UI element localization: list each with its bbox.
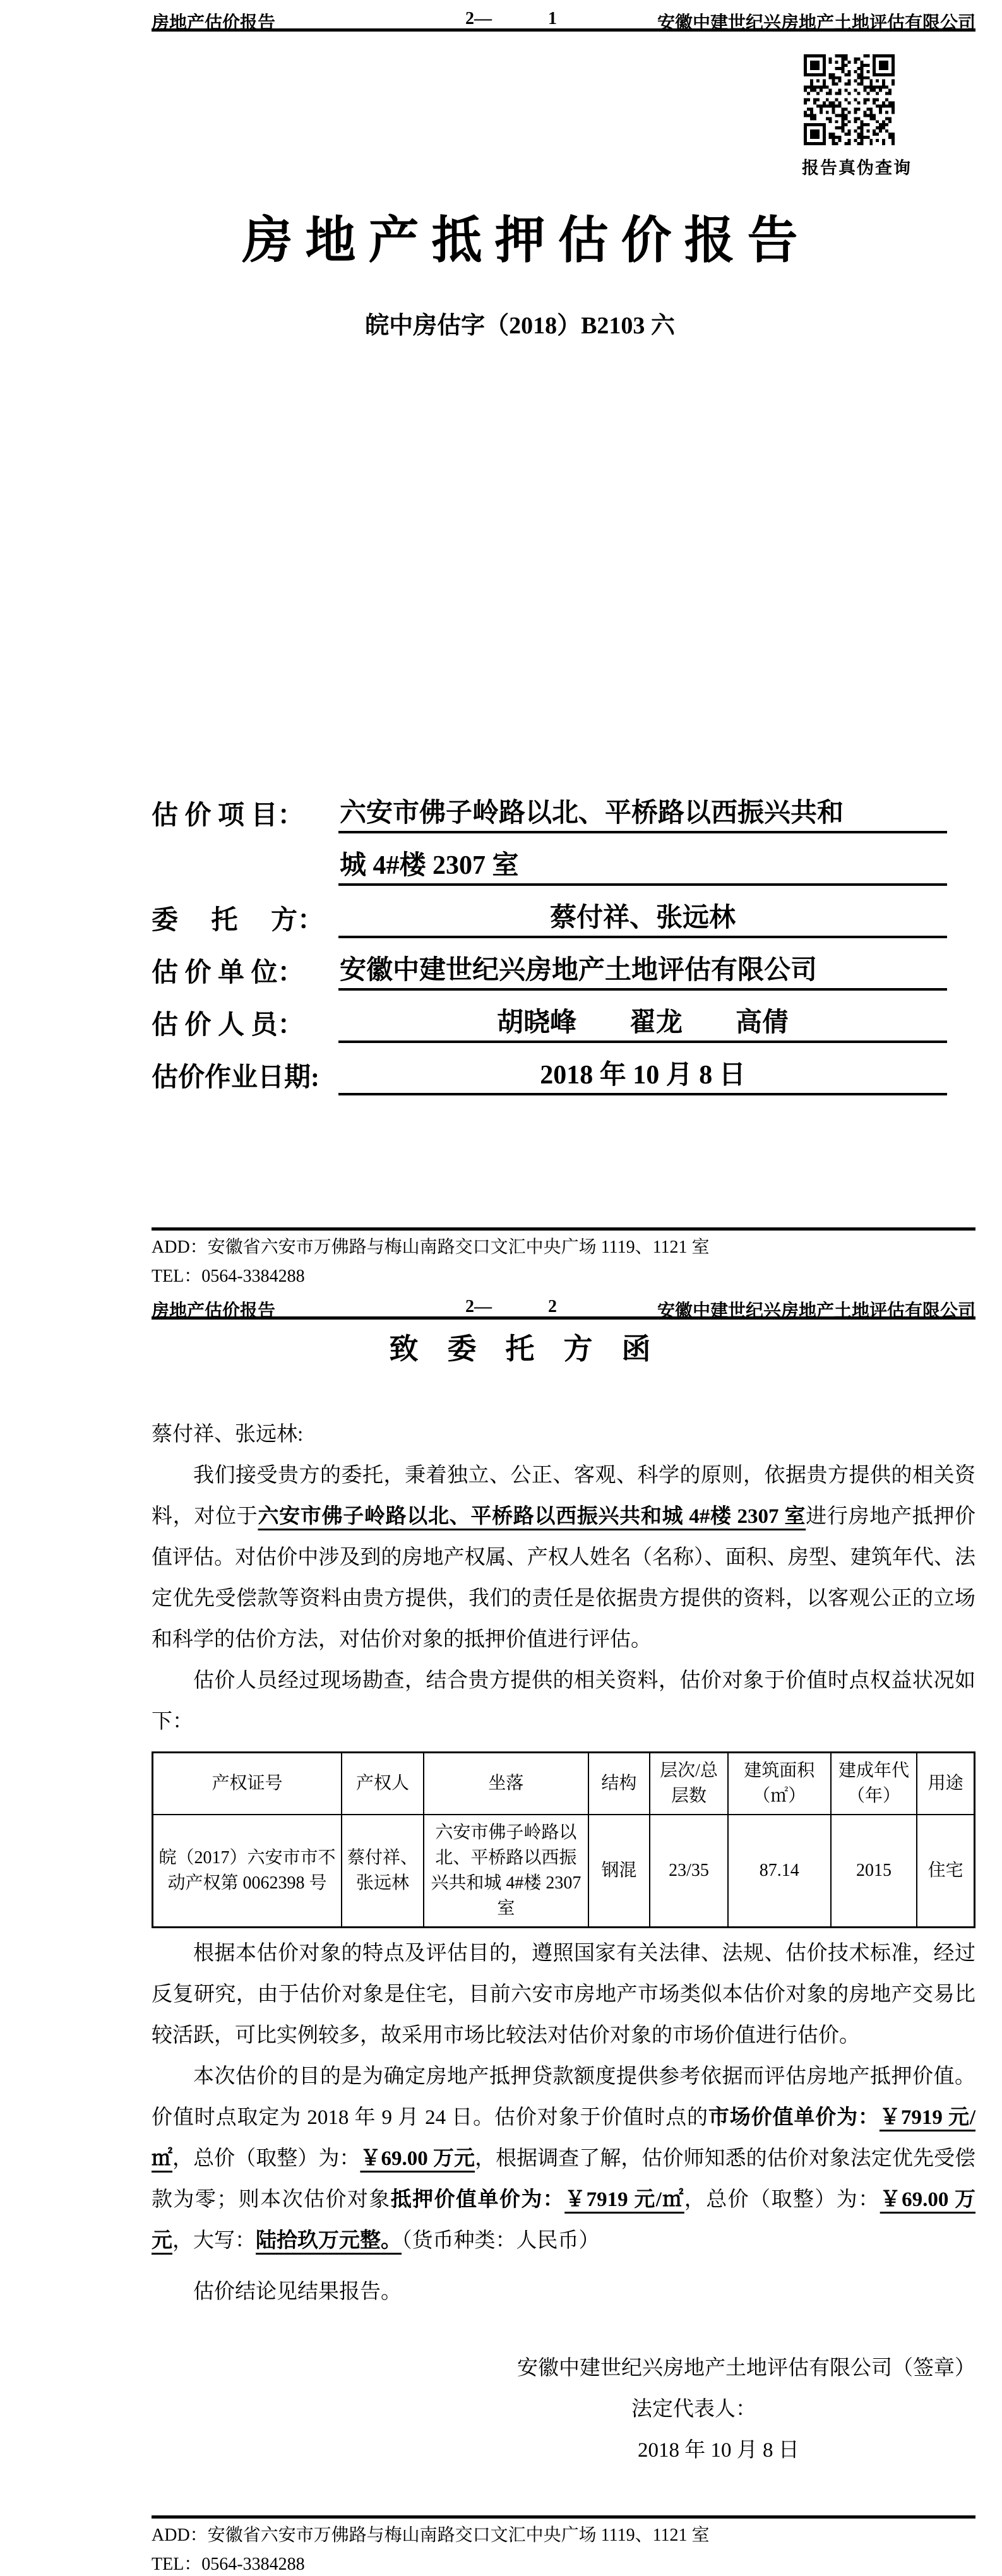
- text-segment: ，总价（取整）为：: [172, 2147, 360, 2170]
- table-cell-area: 87.14: [728, 1815, 831, 1928]
- footer-phone: TEL：0564-3384288: [152, 1265, 975, 1288]
- footer-address: ADD：安徽省六安市万佛路与梅山南路交口文汇中央广场 1119、1121 室: [152, 2524, 975, 2548]
- field-label: 估 价 项 目：: [152, 794, 338, 833]
- paragraph-valuation: 本次估价的目的是为确定房地产抵押贷款额度提供参考依据而评估房地产抵押价值。价值时…: [152, 2056, 975, 2262]
- table-cell-owner: 蔡付祥、张远林: [342, 1815, 424, 1928]
- table-cell-floor: 23/35: [650, 1815, 728, 1928]
- field-row-project-cont: 城 4#楼 2307 室: [152, 833, 947, 886]
- text-segment: 六安市佛子岭路以北、平桥路以西振兴共和城 4#楼 2307 室: [258, 1505, 806, 1528]
- field-row-appraisers: 估 价 人 员： 胡晓峰 翟龙 高倩: [152, 991, 947, 1043]
- field-row-date: 估价作业日期: 2018 年 10 月 8 日: [152, 1043, 947, 1095]
- table-cell-structure: 钢混: [588, 1815, 650, 1928]
- field-label: 估 价 单 位：: [152, 951, 338, 991]
- paragraph-inspection: 估价人员经过现场勘查，结合贵方提供的相关资料，估价对象于价值时点权益状况如下：: [152, 1661, 975, 1743]
- footer-address: ADD：安徽省六安市万佛路与梅山南路交口文汇中央广场 1119、1121 室: [152, 1236, 975, 1260]
- text-segment: ￥69.00 万元: [360, 2147, 475, 2170]
- letter-body: 蔡付祥、张远林: 我们接受贵方的委托，秉着独立、公正、客观、科学的原则，依据贵方…: [152, 1414, 975, 2471]
- text-segment: ，大写：: [172, 2229, 256, 2252]
- table-header-cell: 建筑面积（㎡）: [728, 1753, 831, 1815]
- document-page-1: 房地产估价报告 2— 1 安徽中建世纪兴房地产土地评估有限公司 报告真伪查询 房…: [0, 0, 1002, 1288]
- table-header-row: 产权证号 产权人 坐落 结构 层次/总层数 建筑面积（㎡） 建成年代（年） 用途: [153, 1753, 975, 1815]
- text-segment: ，总价（取整）为：: [684, 2188, 880, 2211]
- salutation: 蔡付祥、张远林:: [152, 1414, 975, 1455]
- qr-block: 报告真伪查询: [802, 54, 897, 179]
- table-header-cell: 产权证号: [153, 1753, 342, 1815]
- text-segment: （货币种类：人民币）: [402, 2229, 600, 2252]
- header-rule: [152, 28, 975, 32]
- table-header-cell: 建成年代（年）: [831, 1753, 917, 1815]
- signature-date: 2018 年 10 月 8 日: [507, 2430, 975, 2471]
- table-header-cell: 用途: [917, 1753, 974, 1815]
- table-header-cell: 层次/总层数: [650, 1753, 728, 1815]
- field-label: 委 托 方：: [152, 899, 338, 938]
- field-value: 安徽中建世纪兴房地产土地评估有限公司: [338, 949, 947, 991]
- document-title: 房 地 产 抵 押 估 价 报 告: [0, 200, 1002, 272]
- table-row: 皖（2017）六安市市不动产权第 0062398 号 蔡付祥、张远林 六安市佛子…: [153, 1815, 975, 1928]
- table-header-cell: 产权人: [342, 1753, 424, 1815]
- page-footer: ADD：安徽省六安市万佛路与梅山南路交口文汇中央广场 1119、1121 室 T…: [152, 1227, 975, 1288]
- field-value: 六安市佛子岭路以北、平桥路以西振兴共和: [338, 792, 947, 833]
- paragraph-method: 根据本估价对象的特点及评估目的，遵照国家有关法律、法规、估价技术标准，经过反复研…: [152, 1933, 975, 2056]
- field-value: 蔡付祥、张远林: [338, 897, 947, 938]
- letter-heading: 致 委 托 方 函: [0, 1326, 1002, 1368]
- document-page-2: 房地产估价报告 2— 2 安徽中建世纪兴房地产土地评估有限公司 致 委 托 方 …: [0, 1288, 1002, 2576]
- header-rule: [152, 1316, 975, 1320]
- qr-code: [804, 54, 895, 145]
- signature-company: 安徽中建世纪兴房地产土地评估有限公司（签章）: [507, 2348, 975, 2389]
- field-label: 估 价 人 员：: [152, 1004, 338, 1043]
- paragraph-engagement: 我们接受贵方的委托，秉着独立、公正、客观、科学的原则，依据贵方提供的相关资料，对…: [152, 1455, 975, 1661]
- paragraph-conclusion: 估价结论见结果报告。: [152, 2272, 975, 2313]
- table-cell-use: 住宅: [917, 1815, 974, 1928]
- header-volume: 2—: [465, 9, 492, 29]
- signature-block: 安徽中建世纪兴房地产土地评估有限公司（签章） 法定代表人： 2018 年 10 …: [507, 2348, 975, 2471]
- text-segment: 陆拾玖万元整。: [256, 2229, 402, 2252]
- text-segment: ￥7919 元/㎡: [564, 2188, 684, 2211]
- field-row-client: 委 托 方： 蔡付祥、张远林: [152, 886, 947, 938]
- field-value: 胡晓峰 翟龙 高倩: [338, 1001, 947, 1043]
- report-number: 皖中房估字（2018）B2103 六: [0, 306, 1002, 340]
- header-volume: 2—: [465, 1297, 492, 1317]
- table-header-cell: 坐落: [424, 1753, 588, 1815]
- footer-rule: [152, 2515, 975, 2519]
- header-page-number: 2: [548, 1297, 557, 1317]
- header-page-number: 1: [548, 9, 557, 29]
- field-value: 城 4#楼 2307 室: [338, 844, 947, 886]
- table-header-cell: 结构: [588, 1753, 650, 1815]
- table-cell-location: 六安市佛子岭路以北、平桥路以西振兴共和城 4#楼 2307 室: [424, 1815, 588, 1928]
- field-row-agency: 估 价 单 位： 安徽中建世纪兴房地产土地评估有限公司: [152, 938, 947, 991]
- cover-fields: 估 价 项 目： 六安市佛子岭路以北、平桥路以西振兴共和 城 4#楼 2307 …: [152, 781, 947, 1095]
- page-footer: ADD：安徽省六安市万佛路与梅山南路交口文汇中央广场 1119、1121 室 T…: [152, 2515, 975, 2576]
- footer-rule: [152, 1227, 975, 1231]
- field-value: 2018 年 10 月 8 日: [338, 1054, 947, 1095]
- text-segment: 市场价值单价为：: [708, 2106, 880, 2129]
- signature-legal-rep: 法定代表人：: [507, 2389, 975, 2430]
- text-segment: 抵押价值单价为：: [391, 2188, 564, 2211]
- table-cell-year: 2015: [831, 1815, 917, 1928]
- field-label: 估价作业日期:: [152, 1056, 338, 1095]
- appraisal-table: 产权证号 产权人 坐落 结构 层次/总层数 建筑面积（㎡） 建成年代（年） 用途…: [152, 1751, 975, 1928]
- field-row-project: 估 价 项 目： 六安市佛子岭路以北、平桥路以西振兴共和: [152, 781, 947, 833]
- qr-caption: 报告真伪查询: [802, 154, 897, 179]
- footer-phone: TEL：0564-3384288: [152, 2553, 975, 2576]
- table-cell-cert-no: 皖（2017）六安市市不动产权第 0062398 号: [153, 1815, 342, 1928]
